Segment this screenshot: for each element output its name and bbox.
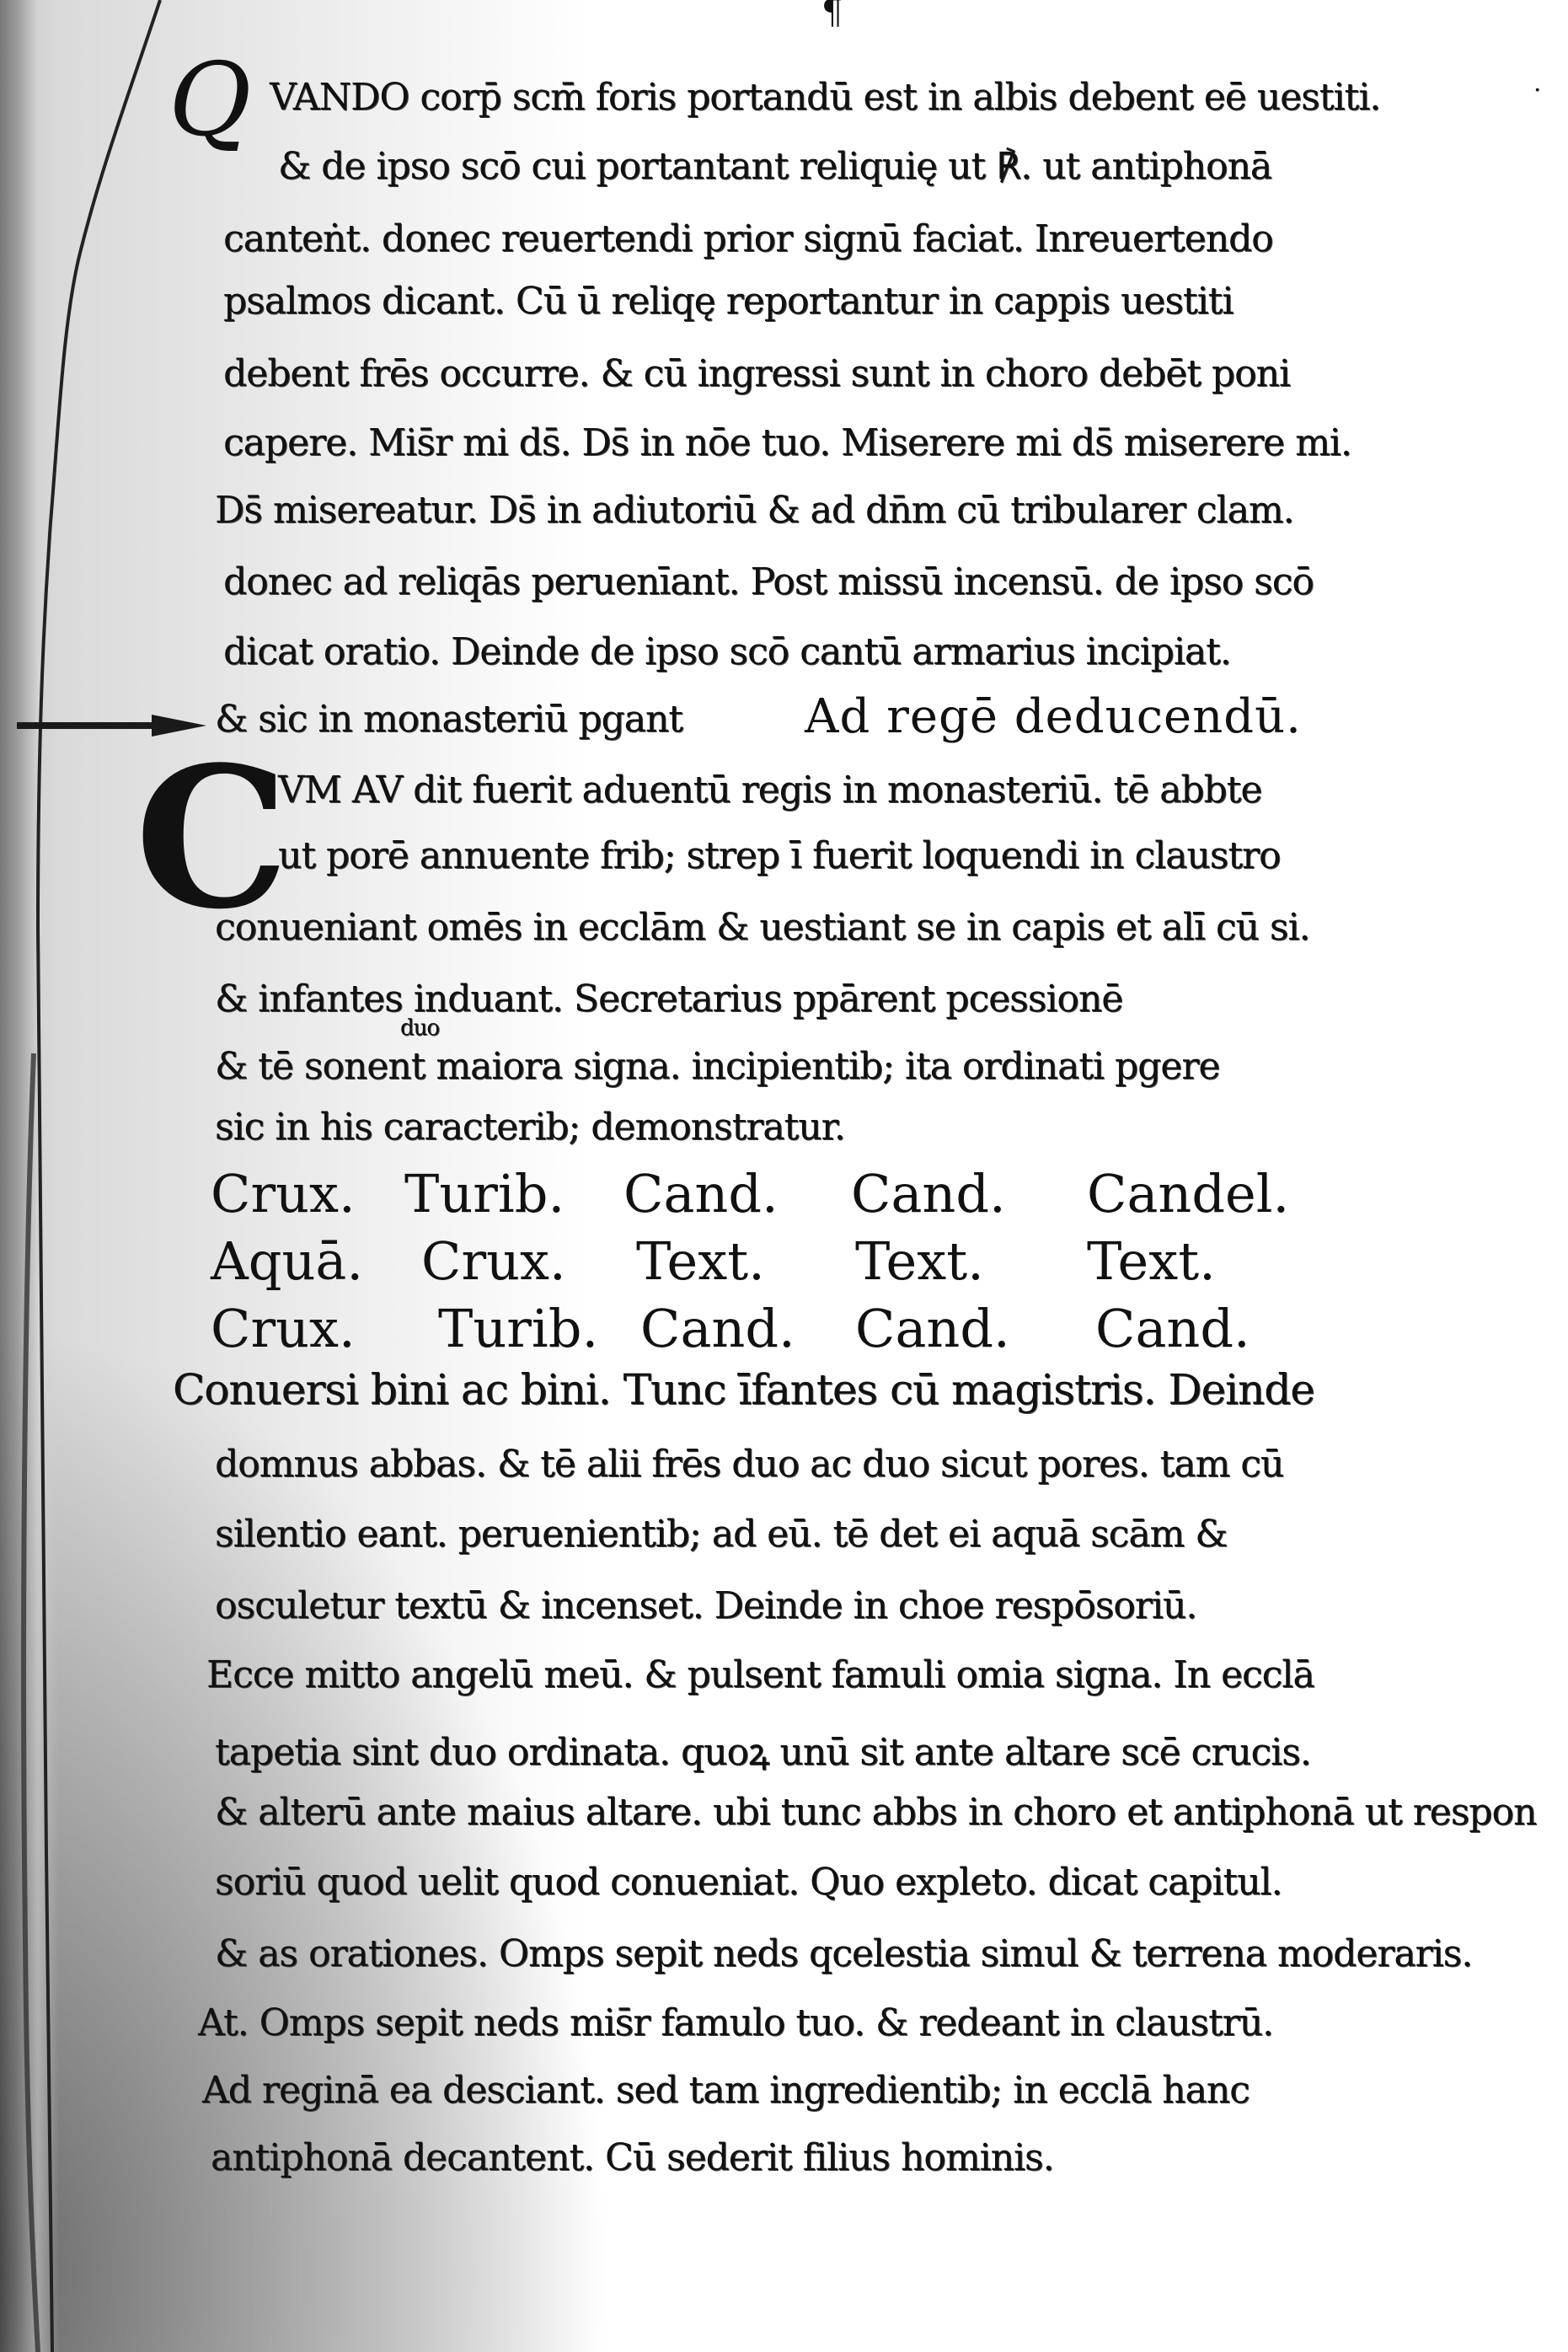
text-line: ut porē annuente frib; strep ī fuerit lo… [278,834,1281,877]
text-line: & as orationes. Omps sepit neds qcelesti… [215,1932,1472,1975]
procession-cell: Turib. [404,1163,565,1224]
procession-cell: Cand. [1095,1298,1250,1359]
text-line: soriū quod uelit quod conueniat. Quo exp… [215,1861,1282,1904]
procession-cell: Candel. [1087,1163,1289,1224]
text-line: osculetur textū & incenset. Deinde in ch… [215,1584,1196,1627]
text-line: antiphonā decantent. Cū sederit filius h… [211,2136,1054,2179]
procession-cell: Crux. [211,1163,356,1224]
procession-cell: Cand. [851,1163,1006,1224]
text-line: canteṅt. donec reuertendi prior signū fa… [223,217,1273,260]
text-line: psalmos dicant. Cū ū reliqę reportantur … [223,280,1233,323]
interlinear-gloss: duo [400,1015,439,1041]
text-line: & tē sonent maiora signa. incipientib; i… [215,1045,1219,1088]
text-line: & alterū ante maius altare. ubi tunc abb… [215,1791,1536,1834]
text-line: & infantes induant. Secretarius ppārent … [215,978,1122,1021]
text-line: VM AV dit fuerit aduentū regis in monast… [278,769,1261,812]
text-line: Ad reginā ea desciant. sed tam ingredien… [202,2069,1250,2112]
manuscript-text: Q VANDO corp̄ scm̄ foris portandū est in… [0,0,1568,2352]
text-line: tapetia sint duo ordinata. quoꝝ unū sit … [215,1725,1311,1776]
text-line: Conuersi bini ac bini. Tunc īfantes cū m… [173,1365,1314,1414]
text-line: sic in his caracterib; demonstratur. [215,1106,845,1149]
text-line: & de ipso scō cui portantant reliquię ut… [278,145,1271,188]
text-line: donec ad reliqās peruenīant. Post missū … [223,560,1314,603]
text-line: capere. Mis̄r mi ds̄. Ds̄ in nōe tuo. Mi… [223,421,1351,464]
procession-cell: Cand. [855,1298,1010,1359]
text-line: debent frēs occurre. & cū ingressi sunt … [223,352,1290,395]
procession-cell: Cand. [623,1163,779,1224]
text-line: conueniant omēs in ecclām & uestiant se … [215,906,1310,949]
procession-cell: Text. [636,1230,765,1292]
text-line: dicat oratio. Deinde de ipso scō cantū a… [223,630,1231,673]
procession-cell: Crux. [211,1298,356,1359]
text-line: domnus abbas. & tē alii frēs duo ac duo … [215,1443,1283,1486]
procession-cell: Text. [855,1230,984,1292]
procession-cell: Aquā. [211,1230,363,1292]
initial-q: Q [169,51,251,152]
procession-cell: Cand. [640,1298,795,1359]
procession-cell: Crux. [421,1230,566,1292]
procession-cell: Turib. [438,1298,598,1359]
text-line: Ecce mitto angelū meū. & pulsent famuli … [206,1653,1314,1696]
text-line: VANDO corp̄ scm̄ foris portandū est in a… [270,76,1380,119]
procession-cell: Text. [1087,1230,1216,1292]
text-line: silentio eant. peruenientib; ad eū. tē d… [215,1513,1227,1556]
rubric-heading: Ad regē deducendū. [805,689,1302,744]
text-line: Ds̄ misereatur. Ds̄ in adiutoriū & ad dn… [215,489,1293,532]
text-line: At. Omps sepit neds mis̄r famulo tuo. & … [198,2001,1273,2044]
